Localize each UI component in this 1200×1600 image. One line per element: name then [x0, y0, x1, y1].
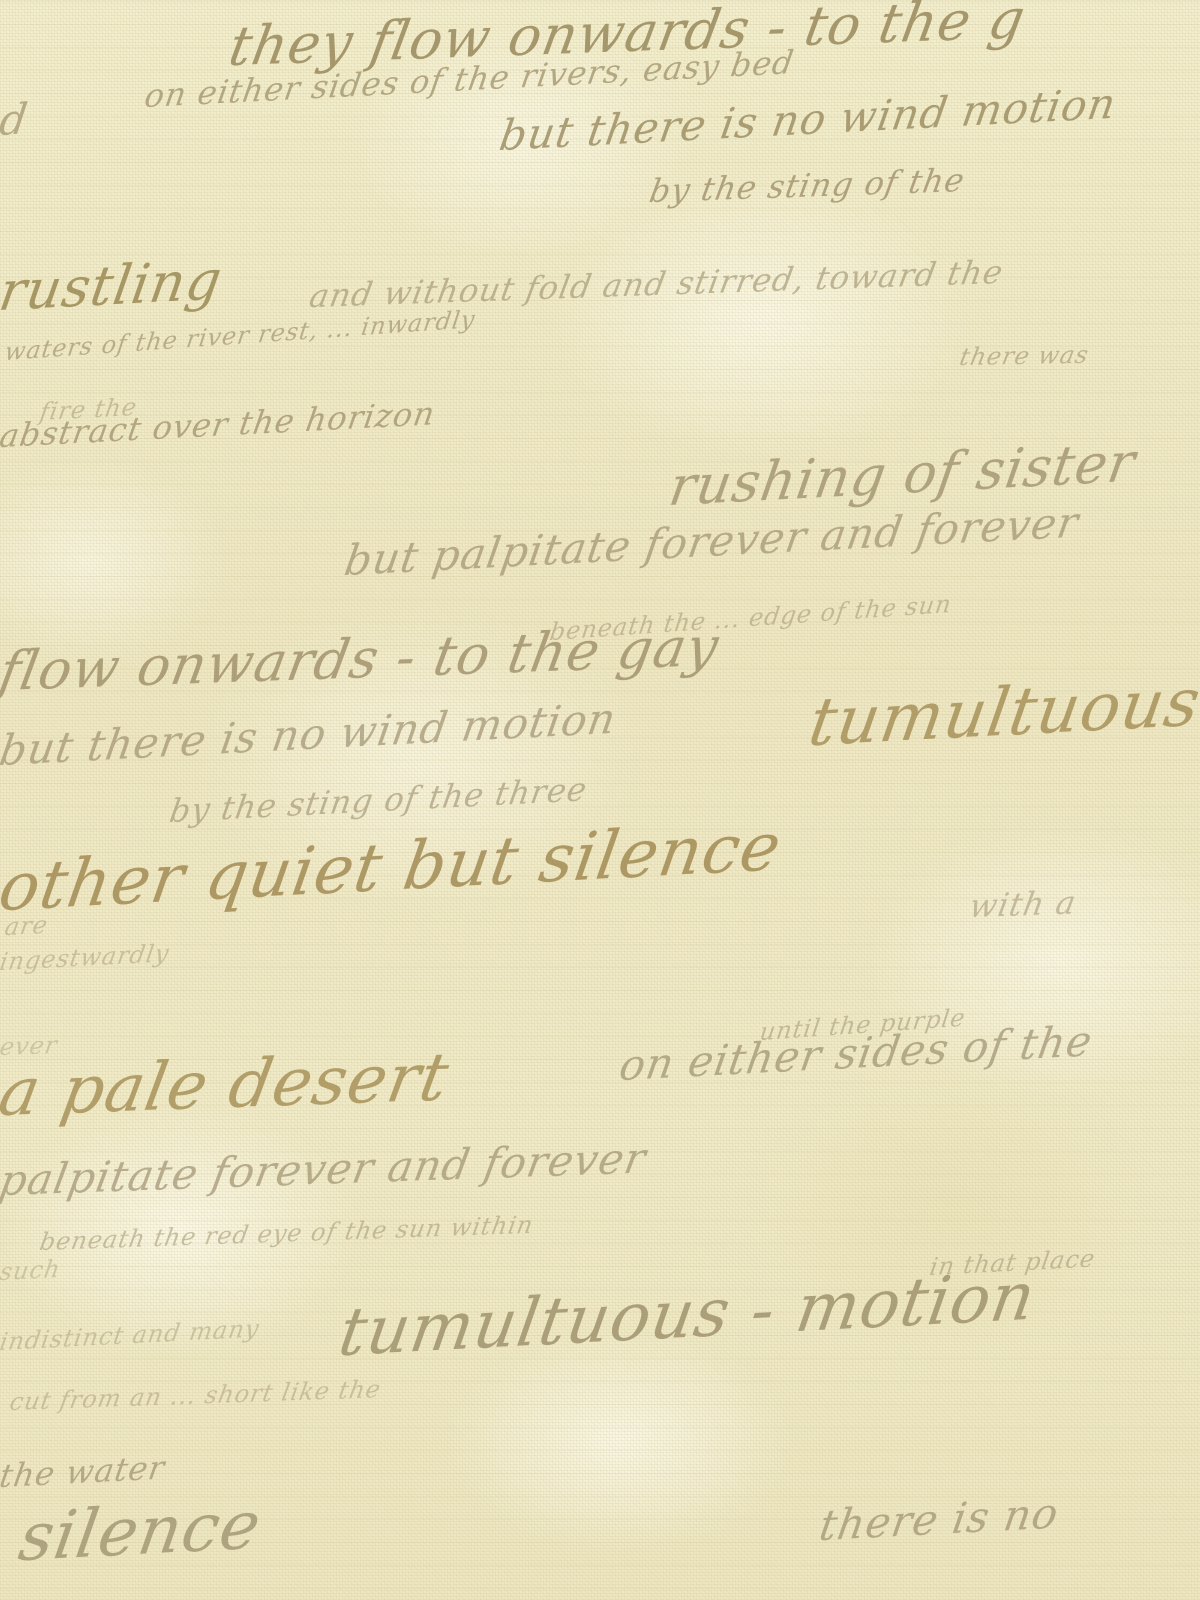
- script-fragment: rustling: [0, 253, 226, 319]
- script-fragment: there was: [958, 343, 1091, 369]
- script-fragment: and without fold and stirred, toward the: [307, 256, 1006, 312]
- handwritten-script-wallpaper: they flow onwards - to the g d on either…: [0, 0, 1200, 1600]
- script-fragment: beneath the ... edge of the sun: [548, 592, 953, 644]
- script-fragment: indistinct and many: [0, 1316, 261, 1354]
- script-fragment: but there is no wind motion: [497, 83, 1120, 158]
- script-fragment: such: [0, 1257, 63, 1284]
- script-fragment: palpitate forever and forever: [0, 1137, 650, 1202]
- script-fragment: beneath the red eye of the sun within: [38, 1213, 536, 1254]
- script-fragment: a pale desert: [0, 1044, 454, 1126]
- script-fragment: there is no: [817, 1492, 1062, 1547]
- script-fragment: are: [3, 913, 50, 939]
- script-fragment: on either sides of the: [617, 1020, 1096, 1087]
- script-fragment: d: [0, 98, 31, 142]
- script-fragment: ingestwardly: [0, 941, 171, 974]
- script-fragment: by the sting of the three: [167, 773, 589, 827]
- script-fragment: the water: [0, 1451, 167, 1492]
- script-fragment: with a: [967, 886, 1079, 922]
- script-fragment: silence: [15, 1492, 266, 1571]
- script-fragment: tumultuous: [805, 669, 1200, 756]
- script-fragment: other quiet but silence: [0, 814, 786, 922]
- script-fragment: but there is no wind motion: [0, 698, 619, 773]
- script-fragment: tumultuous - motion: [335, 1263, 1040, 1366]
- script-fragment: by the sting of the: [647, 164, 967, 207]
- script-fragment: cut from an ... short like the: [8, 1377, 383, 1414]
